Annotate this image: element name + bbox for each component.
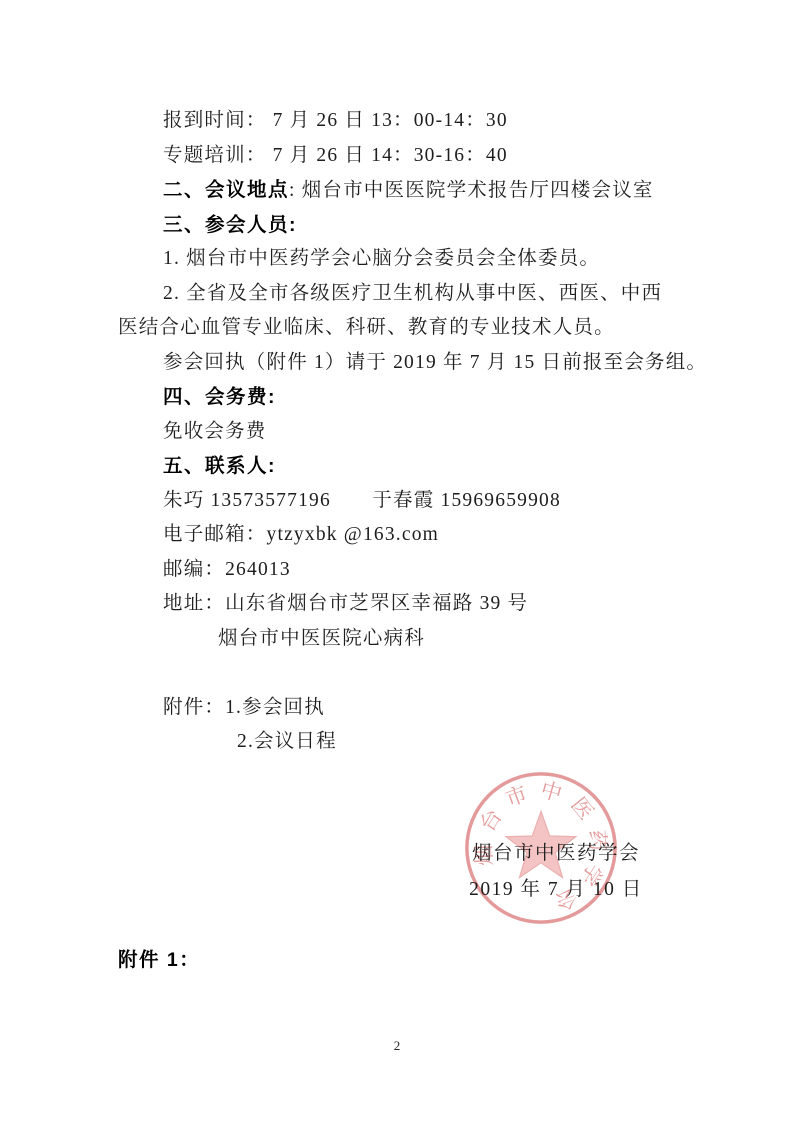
doc-line-text: 医结合心血管专业临床、科研、教育的专业技术人员。 <box>118 317 615 338</box>
doc-line postal-code: 邮编：264013 <box>118 553 718 588</box>
attachment-1-label: 附件 1： <box>118 944 200 972</box>
doc-line contact-email: 电子邮箱：ytzyxbk @163.com <box>118 518 718 553</box>
signature-date: 2019 年 7 月 10 日 <box>446 872 666 908</box>
signature-block: 烟台市中医药学会 2019 年 7 月 10 日 <box>446 836 666 908</box>
doc-line attachments-list: 附件：1.参会回执 <box>118 691 718 726</box>
doc-line-text: 专题培训： 7 月 26 日 14：30-16：40 <box>163 145 508 166</box>
doc-line: 医结合心血管专业临床、科研、教育的专业技术人员。 <box>118 311 718 346</box>
doc-line-text: 2.会议日程 <box>237 731 337 752</box>
doc-line-text: 邮编：264013 <box>163 559 291 580</box>
doc-line-text: 地址：山东省烟台市芝罘区幸福路 39 号 <box>163 593 528 614</box>
doc-line: 五、联系人: <box>118 449 718 484</box>
doc-line-text: 朱巧 13573577196 于春霞 15969659908 <box>163 490 561 511</box>
page-number: 2 <box>0 1038 794 1054</box>
blank-line <box>118 656 718 691</box>
doc-line-text: 免收会务费 <box>163 421 267 442</box>
doc-line-text: 参会回执（附件 1）请于 2019 年 7 月 15 日前报至会务组。 <box>163 352 707 373</box>
doc-line attachments-list: 2.会议日程 <box>118 725 718 760</box>
doc-line: 参会回执（附件 1）请于 2019 年 7 月 15 日前报至会务组。 <box>118 346 718 381</box>
doc-line contact-phones: 朱巧 13573577196 于春霞 15969659908 <box>118 484 718 519</box>
section-heading: 四、会务费: <box>163 386 276 408</box>
doc-line: 1. 烟台市中医药学会心脑分会委员会全体委员。 <box>118 242 718 277</box>
doc-line-text: 1. 烟台市中医药学会心脑分会委员会全体委员。 <box>163 248 600 269</box>
doc-line: 专题培训： 7 月 26 日 14：30-16：40 <box>118 139 718 174</box>
doc-line-text: 烟台市中医医院心病科 <box>218 628 425 649</box>
document-body: 报到时间： 7 月 26 日 13：00-14：30 专题培训： 7 月 26 … <box>118 104 718 760</box>
doc-line address: 地址：山东省烟台市芝罘区幸福路 39 号 <box>118 587 718 622</box>
doc-line-text: 电子邮箱：ytzyxbk @163.com <box>163 524 439 545</box>
signature-org: 烟台市中医药学会 <box>446 836 666 872</box>
section-heading: 二、会议地点 <box>163 179 289 201</box>
doc-line: 免收会务费 <box>118 415 718 450</box>
doc-line-text: : 烟台市中医医院学术报告厅四楼会议室 <box>289 180 654 201</box>
doc-line address-line2: 烟台市中医医院心病科 <box>118 622 718 657</box>
doc-line-text: 报到时间： 7 月 26 日 13：00-14：30 <box>163 110 508 131</box>
doc-line: 报到时间： 7 月 26 日 13：00-14：30 <box>118 104 718 139</box>
doc-line-text: 2. 全省及全市各级医疗卫生机构从事中医、西医、中西 <box>163 283 662 304</box>
section-heading: 三、参会人员: <box>163 214 297 236</box>
section-heading: 五、联系人: <box>163 455 276 477</box>
document-page: 报到时间： 7 月 26 日 13：00-14：30 专题培训： 7 月 26 … <box>0 0 794 1123</box>
doc-line: 三、参会人员: <box>118 208 718 243</box>
doc-line-text: 附件：1.参会回执 <box>163 697 325 718</box>
doc-line: 四、会务费: <box>118 380 718 415</box>
doc-line: 2. 全省及全市各级医疗卫生机构从事中医、西医、中西 <box>118 277 718 312</box>
doc-line: 二、会议地点: 烟台市中医医院学术报告厅四楼会议室 <box>118 173 718 208</box>
